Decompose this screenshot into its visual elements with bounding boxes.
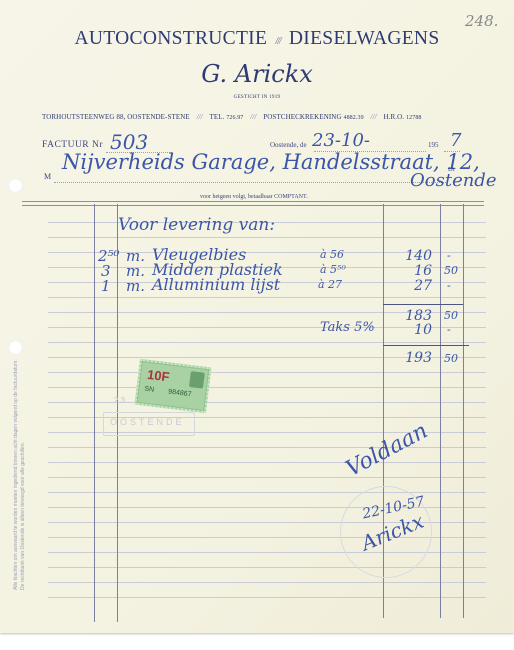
tel-value: 726.97 (226, 115, 243, 121)
hro-label: H.R.O. (384, 113, 405, 121)
column-rule-cents (440, 204, 441, 618)
item-qty: 1 (101, 277, 111, 295)
tax-label: Taks 5% (320, 320, 375, 335)
ruled-line (48, 447, 486, 448)
item-cents: 50 (444, 264, 458, 277)
item-cents: - (447, 279, 451, 292)
contact-line: TORHOUTSTEENWEG 88, OOSTENDE-STENE /// T… (42, 113, 422, 121)
subtotal-cents: 50 (444, 309, 458, 322)
item-amount: 16 (390, 263, 432, 279)
stamp-number: 984867 (168, 388, 192, 398)
item-price: à 27 (318, 278, 342, 291)
ruled-line (48, 387, 486, 388)
item-amount: 140 (390, 248, 432, 264)
column-rule-right (463, 204, 464, 618)
payment-terms: voor hetgeen volgt, betaalbaar COMPTANT. (200, 194, 308, 200)
ruled-line (48, 297, 486, 298)
cancel-stamp-date: 2 3 (114, 396, 125, 405)
company-title: AUTOCONSTRUCTIE /// DIESELWAGENS (0, 28, 514, 50)
year-prefix: 195 (428, 141, 439, 149)
invoice-paper: 248. AUTOCONSTRUCTIE /// DIESELWAGENS G.… (0, 0, 514, 633)
total-amount: 193 (390, 350, 432, 366)
founded-year: GESTICHT IN 1919 (0, 95, 514, 100)
legal-side-note: Alle klachten om aanvaard te worden moet… (13, 359, 27, 590)
contact-separator: /// (192, 113, 208, 121)
stamp-series: SN (144, 386, 155, 394)
ruled-line (48, 372, 486, 373)
fiscal-tax-stamp: 10F SN 984867 (134, 359, 211, 413)
contact-separator: /// (366, 113, 382, 121)
cancel-stamp-text: OOSTENDE (110, 417, 185, 427)
tax-amount: 10 (390, 322, 432, 338)
title-autoconstructie: AUTOCONSTRUCTIE (75, 28, 268, 49)
ruled-line (48, 342, 486, 343)
stamp-emblem-icon (189, 371, 205, 389)
ruled-line (48, 477, 486, 478)
invoice-date-value: 23-10- (312, 130, 370, 151)
subtotal-rule (383, 304, 463, 305)
owner-name: G. Arickx (0, 60, 514, 88)
item-amount: 27 (390, 278, 432, 294)
punch-hole-bottom (8, 340, 23, 355)
ruled-line (48, 462, 486, 463)
contact-separator: /// (245, 113, 261, 121)
delivery-intro: Voor levering van: (118, 215, 275, 235)
title-dieselwagens: DIESELWAGENS (289, 28, 440, 49)
column-rule-qty (94, 204, 95, 622)
ruled-line (48, 582, 486, 583)
postcheck-label: POSTCHECKREKENING (263, 113, 341, 121)
item-cents: - (447, 249, 451, 262)
item-description: Alluminium lijst (152, 275, 280, 294)
client-dotline (54, 182, 446, 183)
item-unit: m. (126, 277, 145, 295)
item-price: à 5⁵⁰ (320, 263, 346, 276)
side-note-line-2: De rechtbank van Oostende is alleen bevo… (20, 359, 27, 590)
ruled-line (48, 567, 486, 568)
table-top-rule (22, 201, 484, 206)
ruled-line (48, 597, 486, 598)
address: TORHOUTSTEENWEG 88, OOSTENDE-STENE (42, 113, 190, 121)
side-note-line-1: Alle klachten om aanvaard te worden moet… (13, 359, 20, 590)
place-label: Oostende, de (270, 141, 307, 149)
invoice-number-label: FACTUUR Nr (42, 140, 103, 150)
client-prefix: M (44, 172, 51, 181)
client-city: Oostende (410, 170, 496, 191)
total-cents: 50 (444, 352, 458, 365)
hro-value: 12788 (406, 115, 422, 121)
tax-cents: - (447, 323, 451, 336)
stamp-value: 10F (146, 367, 170, 385)
punch-hole-top (8, 178, 23, 193)
ruled-line (48, 492, 486, 493)
item-price: à 56 (320, 248, 344, 261)
total-rule (383, 345, 469, 346)
paid-status: Voldaan (342, 418, 432, 482)
title-separator: /// (272, 36, 283, 47)
postcheck-value: 4882.39 (343, 115, 363, 121)
ruled-line (48, 237, 486, 238)
tel-label: TEL. (209, 113, 224, 121)
year-value: 7 (450, 130, 461, 151)
